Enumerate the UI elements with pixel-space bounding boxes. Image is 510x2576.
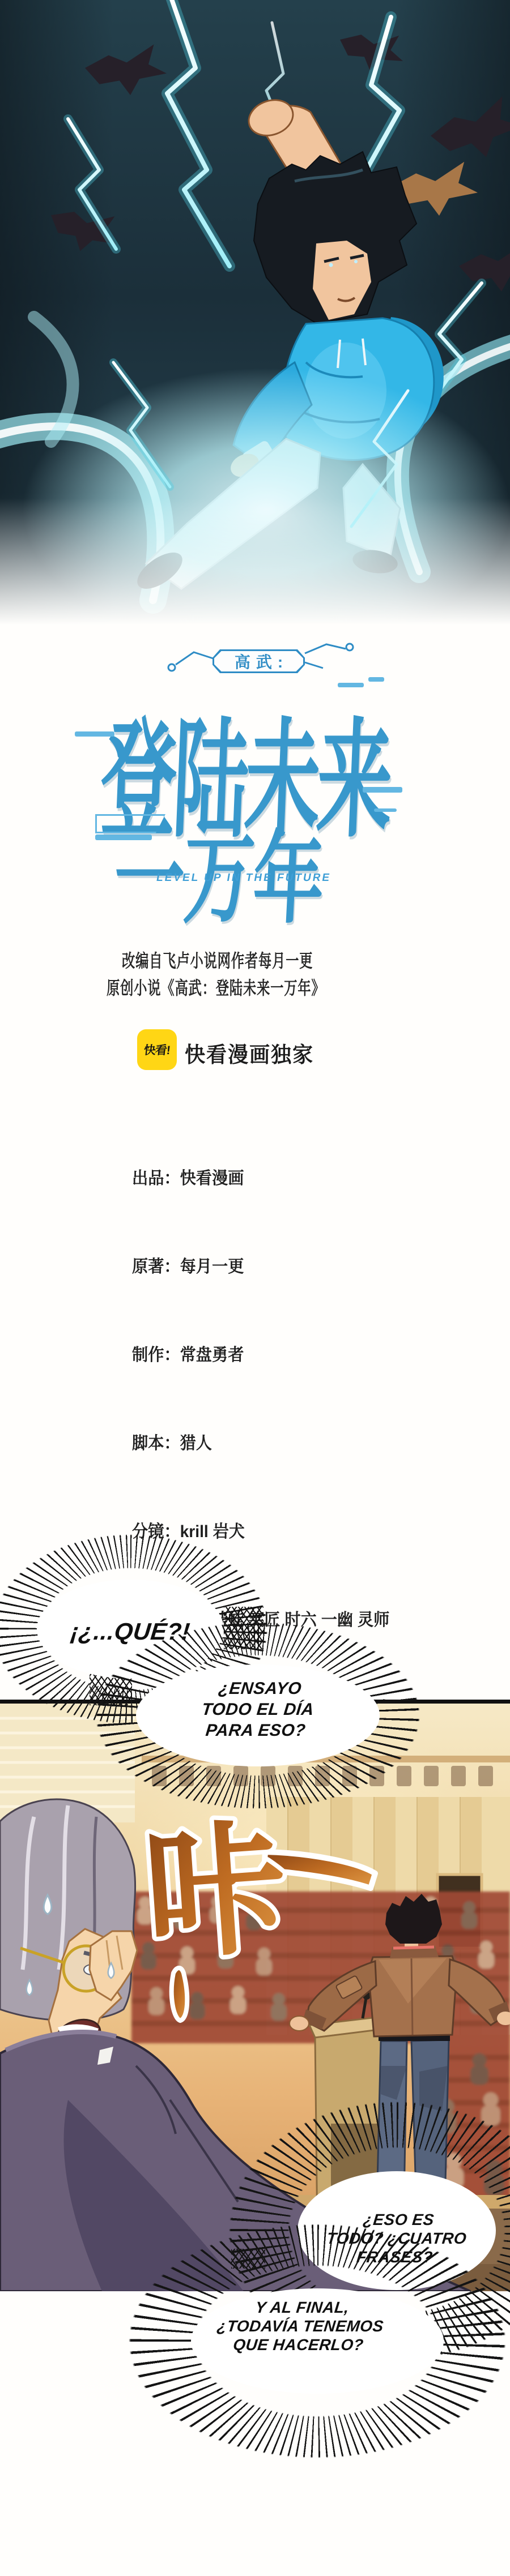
credit-line: 制作：常盘勇者 (132, 1341, 422, 1370)
bubble-line: TODO EL DÍA (135, 1699, 381, 1720)
bubble-line: ¿TODAVÍA TENEMOS (175, 2317, 426, 2335)
title-badge-label: 高武: (229, 650, 288, 673)
platform-exclusive-label: 快看漫画独家 (185, 1037, 314, 1068)
bubble-line: QUE HACERLO? (173, 2335, 424, 2354)
hero-art-lightning-panel (0, 0, 510, 657)
credit-line: 出品：快看漫画 (132, 1164, 422, 1193)
speed-dash-decoration (338, 683, 364, 687)
sfx-drip (172, 1968, 187, 2021)
speech-bubble-2-text: ¿ENSAYO TODO EL DÍA PARA ESO? (133, 1678, 383, 1741)
speed-dash-decoration (363, 787, 402, 793)
kuaikan-logo-text: 快看! (143, 1041, 171, 1058)
collar-trim (393, 1947, 434, 1948)
credit-line: 脚本：猎人 (132, 1429, 422, 1458)
kuaikan-logo-badge: 快看! (137, 1029, 177, 1070)
adaptation-note: 改编自飞卢小说网作者每月一更 (122, 947, 313, 973)
tech-bracket-decoration (95, 814, 165, 833)
speed-dash-decoration (374, 808, 397, 812)
bubble-line: Y AL FINAL, (177, 2298, 428, 2317)
comic-page: 高武: 登陆未来 一万年 LEVEL UP IN THE FUTURE 改编自飞… (0, 0, 510, 2576)
speed-dash-decoration (95, 835, 152, 840)
bubble-line: ¿ENSAYO (137, 1678, 383, 1699)
speed-dash-decoration (75, 731, 114, 737)
original-novel-note: 原创小说《高武：登陆未来一万年》 (107, 974, 325, 1000)
credit-line: 原著：每月一更 (132, 1252, 422, 1282)
speed-dash-decoration (368, 677, 384, 682)
title-badge: 高武: (212, 649, 305, 673)
sfx-text: 咔 (139, 1805, 292, 1979)
series-subtitle-english: LEVEL UP IN THE FUTURE (155, 872, 328, 884)
bubble-line: PARA ESO? (133, 1720, 379, 1741)
speech-bubble-4-text: Y AL FINAL, ¿TODAVÍA TENEMOS QUE HACERLO… (173, 2298, 428, 2354)
